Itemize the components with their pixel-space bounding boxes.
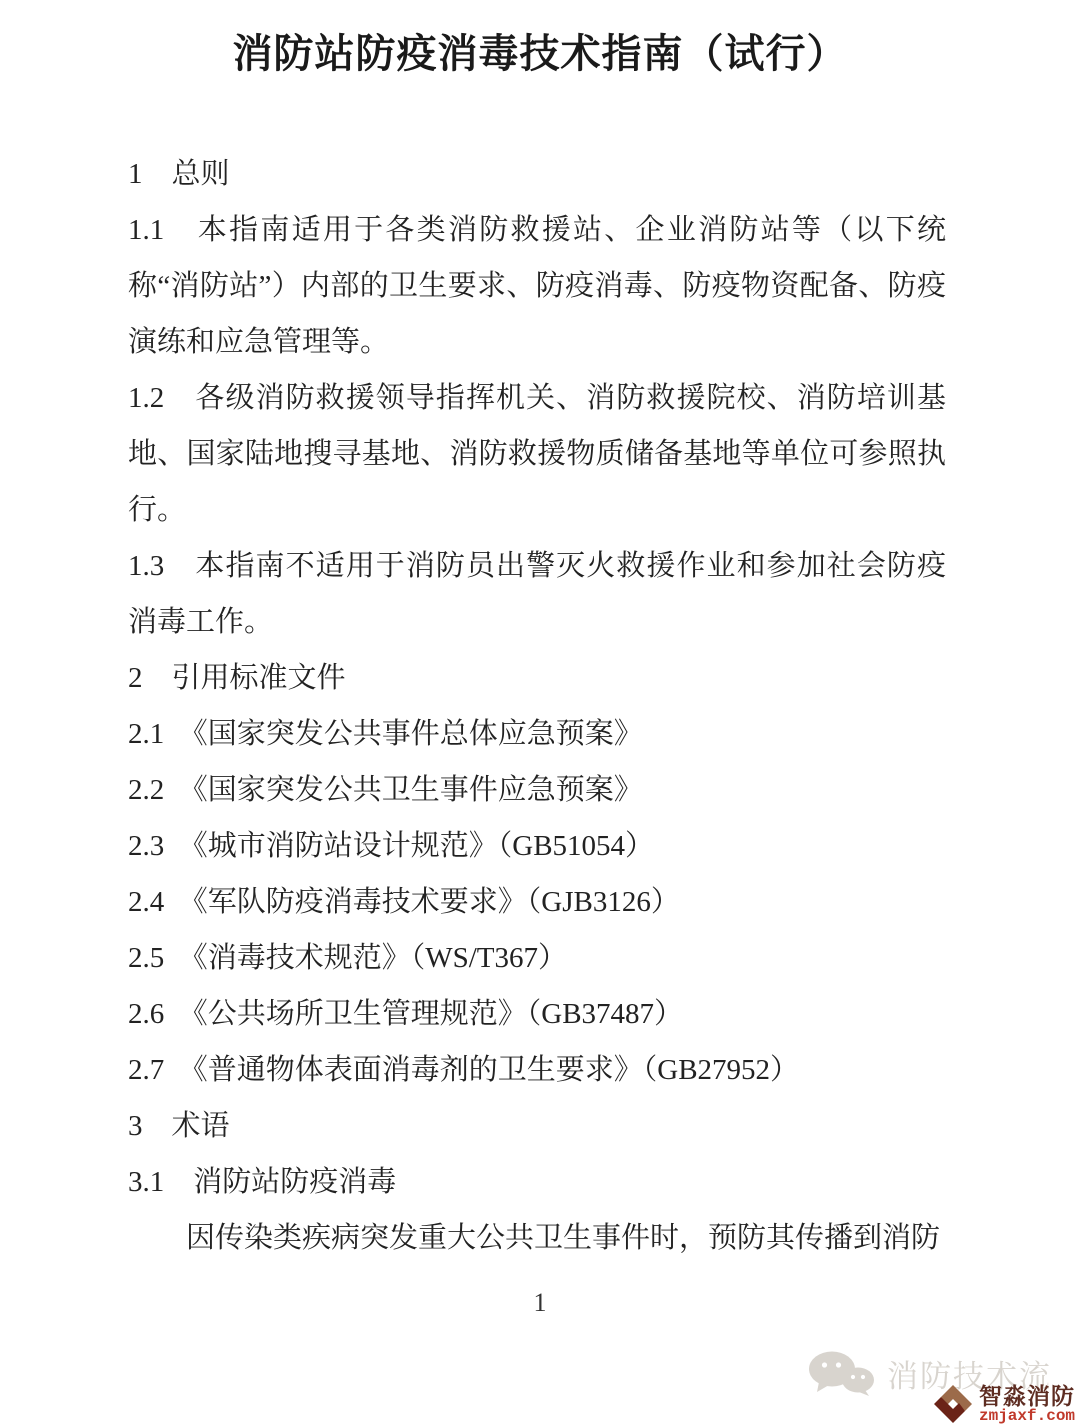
document-body: 1 总则 1.1 本指南适用于各类消防救援站、企业消防站等（以下统称“消防站”）… [128,146,946,1266]
para-1-3: 1.3 本指南不适用于消防员出警灭火救援作业和参加社会防疫消毒工作。 [128,538,946,650]
publisher-name: 智淼消防 [979,1384,1075,1408]
section-2-heading: 2 引用标准文件 [128,650,946,706]
term-3-1-definition: 因传染类疾病突发重大公共卫生事件时，预防其传播到消防 [128,1210,946,1266]
term-3-1: 3.1 消防站防疫消毒 [128,1154,946,1210]
para-1-1: 1.1 本指南适用于各类消防救援站、企业消防站等（以下统称“消防站”）内部的卫生… [128,202,946,370]
diamond-logo-icon [933,1384,973,1424]
ref-2-7: 2.7 《普通物体表面消毒剂的卫生要求》（GB27952） [128,1042,946,1098]
ref-2-4: 2.4 《军队防疫消毒技术要求》（GJB3126） [128,874,946,930]
para-1-2: 1.2 各级消防救援领导指挥机关、消防救援院校、消防培训基地、国家陆地搜寻基地、… [128,370,946,538]
ref-2-2: 2.2 《国家突发公共卫生事件应急预案》 [128,762,946,818]
section-1-heading: 1 总则 [128,146,946,202]
publisher-site: zmjaxf.com [979,1408,1075,1425]
publisher-badge: 智淼消防 zmjaxf.com [933,1384,1075,1425]
document-page: 消防站防疫消毒技术指南（试行） 1 总则 1.1 本指南适用于各类消防救援站、企… [0,0,1080,1428]
ref-2-1: 2.1 《国家突发公共事件总体应急预案》 [128,706,946,762]
wechat-icon [807,1350,877,1396]
document-title: 消防站防疫消毒技术指南（试行） [0,28,1080,80]
section-3-heading: 3 术语 [128,1098,946,1154]
ref-2-5: 2.5 《消毒技术规范》（WS/T367） [128,930,946,986]
page-number: 1 [0,1288,1080,1318]
ref-2-3: 2.3 《城市消防站设计规范》（GB51054） [128,818,946,874]
ref-2-6: 2.6 《公共场所卫生管理规范》（GB37487） [128,986,946,1042]
